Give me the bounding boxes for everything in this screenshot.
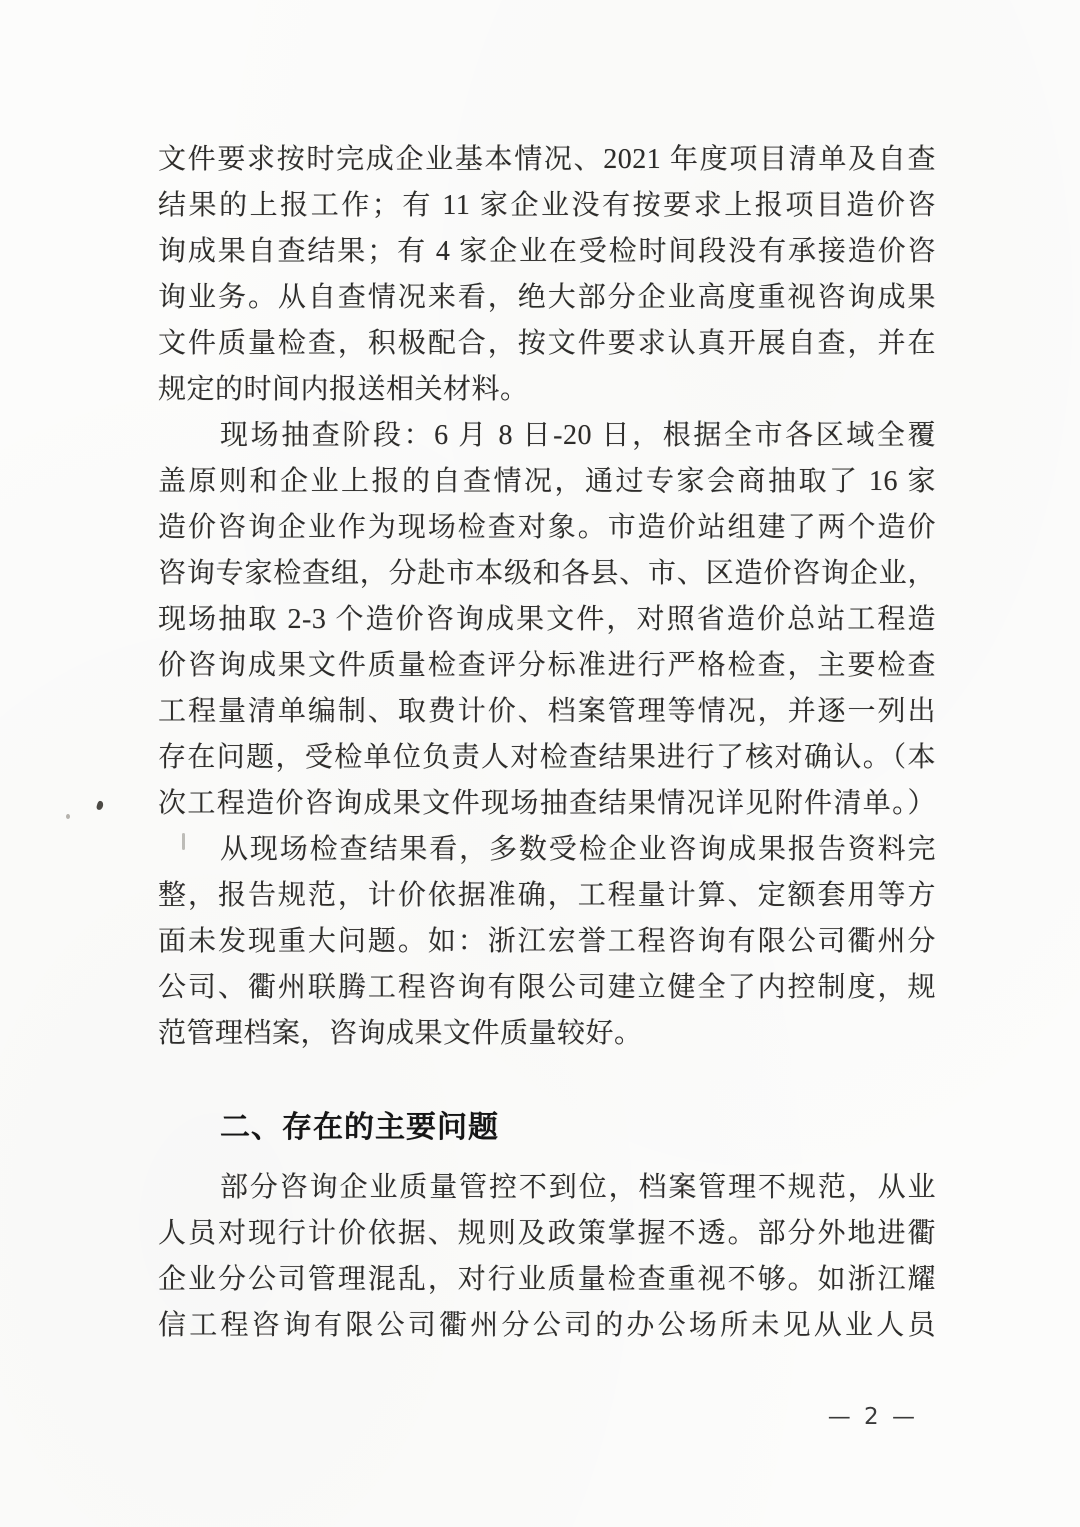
body-line: 次工程造价咨询成果文件现场抽查结果情况详见附件清单。） [158,781,936,827]
body-line: 存在问题，受检单位负责人对检查结果进行了核对确认。（本 [158,735,936,781]
body-line: 价咨询成果文件质量检查评分标准进行严格检查，主要检查 [158,643,936,689]
scan-artifact [96,800,104,810]
body-line: 文件质量检查，积极配合，按文件要求认真开展自查，并在 [158,321,936,367]
document-body: 文件要求按时完成企业基本情况、2021 年度项目清单及自查 结果的上报工作；有 … [158,137,936,1349]
body-line: 询业务。从自查情况来看，绝大部分企业高度重视咨询成果 [158,275,936,321]
body-line: 现场抽取 2-3 个造价咨询成果文件，对照省造价总站工程造 [158,597,936,643]
page-number: — 2 — [828,1404,918,1430]
body-line: 企业分公司管理混乱，对行业质量检查重视不够。如浙江耀 [158,1257,936,1303]
body-line: 规定的时间内报送相关材料。 [158,367,936,413]
body-line: 文件要求按时完成企业基本情况、2021 年度项目清单及自查 [158,137,936,183]
body-line: 工程量清单编制、取费计价、档案管理等情况，并逐一列出 [158,689,936,735]
body-line: 盖原则和企业上报的自查情况，通过专家会商抽取了 16 家 [158,459,936,505]
body-line: 人员对现行计价依据、规则及政策掌握不透。部分外地进衢 [158,1211,936,1257]
body-line: 信工程咨询有限公司衢州分公司的办公场所未见从业人员 [158,1303,936,1349]
body-line: 部分咨询企业质量管控不到位，档案管理不规范，从业 [158,1165,936,1211]
body-line: 造价咨询企业作为现场检查对象。市造价站组建了两个造价 [158,505,936,551]
body-line: 公司、衢州联腾工程咨询有限公司建立健全了内控制度，规 [158,965,936,1011]
body-line: 面未发现重大问题。如：浙江宏誉工程咨询有限公司衢州分 [158,919,936,965]
body-line: 整，报告规范，计价依据准确，工程量计算、定额套用等方 [158,873,936,919]
scan-artifact [182,833,185,850]
body-line: 询成果自查结果；有 4 家企业在受检时间段没有承接造价咨 [158,229,936,275]
scan-artifact [66,814,70,819]
body-line: 范管理档案，咨询成果文件质量较好。 [158,1011,936,1057]
body-line: 咨询专家检查组，分赴市本级和各县、市、区造价咨询企业， [158,551,936,597]
body-line: 结果的上报工作；有 11 家企业没有按要求上报项目造价咨 [158,183,936,229]
section-heading: 二、存在的主要问题 [158,1105,936,1151]
document-page: 文件要求按时完成企业基本情况、2021 年度项目清单及自查 结果的上报工作；有 … [0,0,1080,1527]
body-line: 从现场检查结果看，多数受检企业咨询成果报告资料完 [158,827,936,873]
body-line: 现场抽查阶段：6 月 8 日-20 日，根据全市各区域全覆 [158,413,936,459]
